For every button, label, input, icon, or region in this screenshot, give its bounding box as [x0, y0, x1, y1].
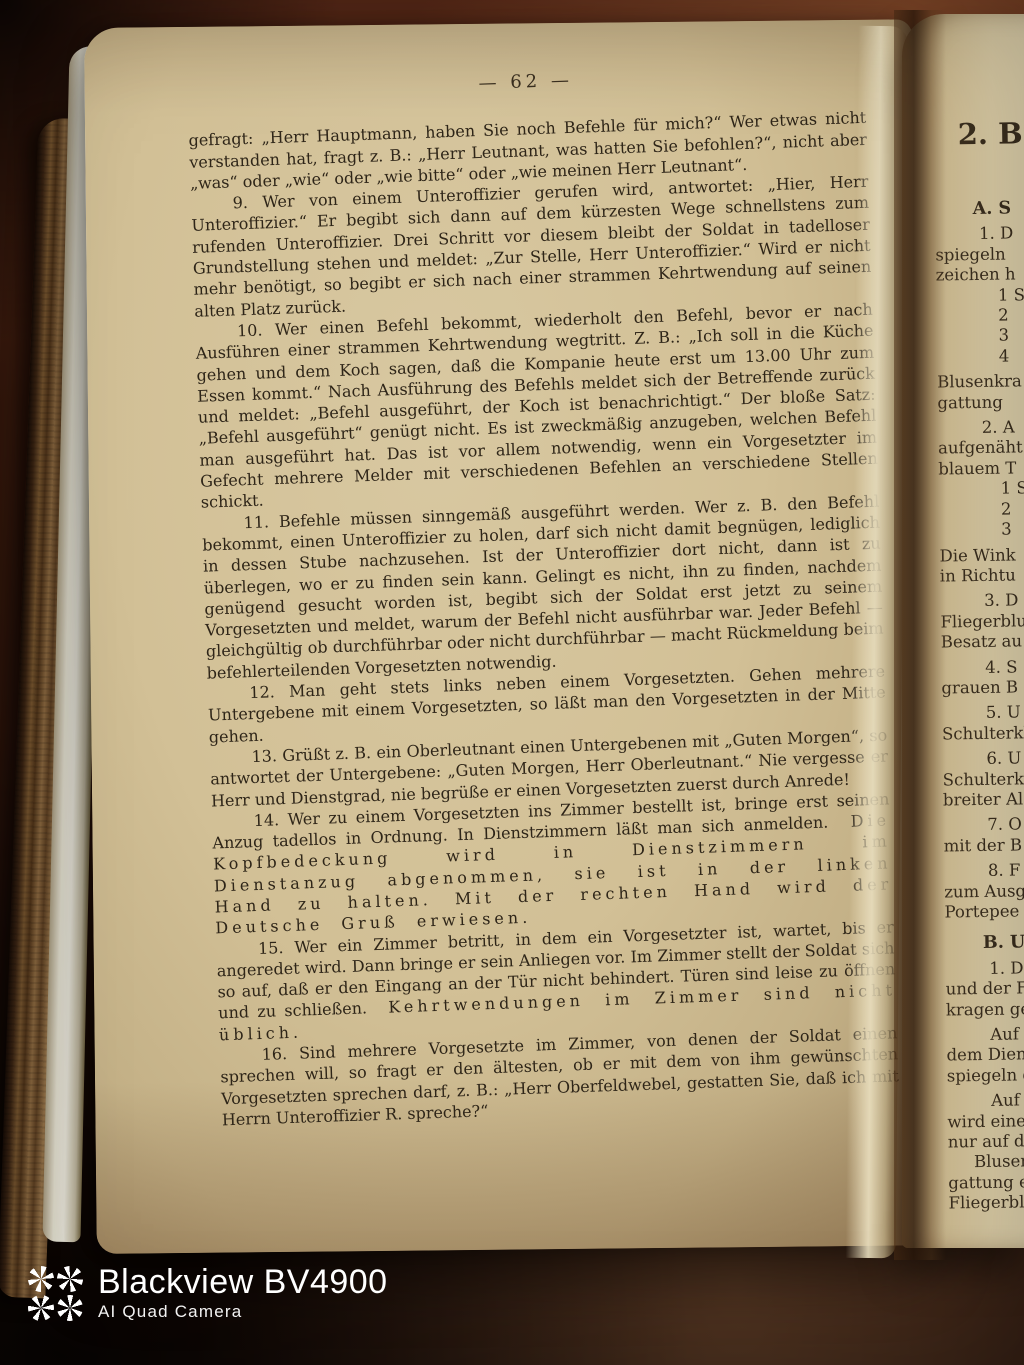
right-page-line: in Richtu: [940, 565, 1024, 587]
right-page-line: Blusenkra: [937, 372, 1024, 394]
watermark-camera-label: AI Quad Camera: [98, 1302, 388, 1322]
right-page-line: grauen B: [941, 677, 1024, 699]
right-page-line: 7. O: [987, 815, 1024, 836]
right-page-line: 2. B: [957, 116, 1024, 151]
right-page-line: 3. D: [984, 591, 1024, 612]
left-page-text-block: — 62 — gefragt: „Herr Hauptmann, haben S…: [187, 60, 900, 1131]
paragraph: 14. Wer zu einem Vorgesetzten ins Zimmer…: [211, 788, 893, 939]
right-page-line: Blusen: [974, 1152, 1024, 1173]
right-page-line: 2: [998, 305, 1024, 326]
right-page-line: 8. F: [988, 860, 1024, 881]
right-page-line: gattung: [937, 392, 1024, 414]
right-page-line: breiter Al: [943, 789, 1024, 811]
right-page-line: kragen get: [946, 999, 1024, 1021]
right-page-line: nur auf der: [948, 1131, 1024, 1153]
right-page-line: Besatz au: [941, 631, 1024, 653]
right-page-line: Fliegerblu: [940, 611, 1024, 633]
right-page-line: B. U: [983, 933, 1024, 954]
right-page-line: Auf: [991, 1090, 1024, 1111]
right-page-line: 1 S: [1001, 479, 1024, 500]
right-page-line: zum Ausg: [944, 881, 1024, 903]
right-page-line: Portepee: [944, 901, 1024, 923]
right-page-line: Schulterkl: [942, 723, 1024, 745]
right-page-line: 6. U: [986, 748, 1024, 769]
right-page-line: aufgenäht: [938, 438, 1024, 460]
right-page-line: 3: [1001, 519, 1024, 540]
right-page-line: spiegeln: [935, 244, 1024, 266]
right-page-line: 4: [999, 346, 1024, 367]
right-page-line: Schulterkl: [943, 769, 1024, 791]
right-page-line: Die Wink: [939, 545, 1024, 567]
right-page-line: 2: [1001, 499, 1024, 520]
right-page-line: blauem T: [938, 458, 1024, 480]
watermark-text: Blackview BV4900 AI Quad Camera: [98, 1264, 388, 1322]
right-page-line: Auf d: [990, 1024, 1024, 1045]
right-page-line: spiegeln de: [947, 1065, 1024, 1087]
paragraph: 10. Wer einen Befehl bekommt, wiederholt…: [195, 299, 879, 514]
right-page-line: wird eine l: [947, 1111, 1024, 1133]
aperture-icon: [25, 1292, 57, 1324]
paragraph: 11. Befehle müssen sinngemäß ausgeführt …: [201, 490, 884, 683]
right-page-line: 5. U: [986, 703, 1024, 724]
aperture-icon: [52, 1289, 89, 1326]
right-page-line: 2. A: [982, 417, 1024, 438]
left-page-text: gefragt: „Herr Hauptmann, haben Sie noch…: [188, 107, 900, 1130]
quad-camera-icons: [28, 1266, 83, 1321]
left-page: — 62 — gefragt: „Herr Hauptmann, haben S…: [84, 19, 925, 1254]
right-page-line: 1 S: [998, 285, 1024, 306]
right-page-line: zeichen h: [936, 264, 1024, 286]
right-page-line: 3: [998, 326, 1024, 347]
right-page-line: 1. Di: [989, 958, 1024, 979]
paragraph: 9. Wer von einem Unteroffizier gerufen w…: [190, 171, 872, 322]
aperture-icon: [52, 1261, 88, 1297]
book-gutter-shadow: [894, 10, 946, 1260]
right-page-line: und der F: [945, 978, 1024, 1000]
right-page-line: 1. D: [979, 224, 1024, 245]
watermark-device-name: Blackview BV4900: [98, 1264, 388, 1300]
right-page-line: Fliegerbluse: [948, 1192, 1024, 1214]
right-page-line: 4. S: [985, 657, 1024, 678]
photo-of-book: — 62 — gefragt: „Herr Hauptmann, haben S…: [0, 0, 1024, 1365]
right-page-line: mit der B: [943, 835, 1024, 857]
camera-watermark: Blackview BV4900 AI Quad Camera: [28, 1264, 388, 1322]
right-page-line: dem Diens: [946, 1045, 1024, 1067]
aperture-icon: [28, 1266, 54, 1292]
right-page-line: A. S: [973, 198, 1024, 219]
right-page-line: gattung en: [948, 1172, 1024, 1194]
page-number: — 62 —: [187, 60, 865, 104]
